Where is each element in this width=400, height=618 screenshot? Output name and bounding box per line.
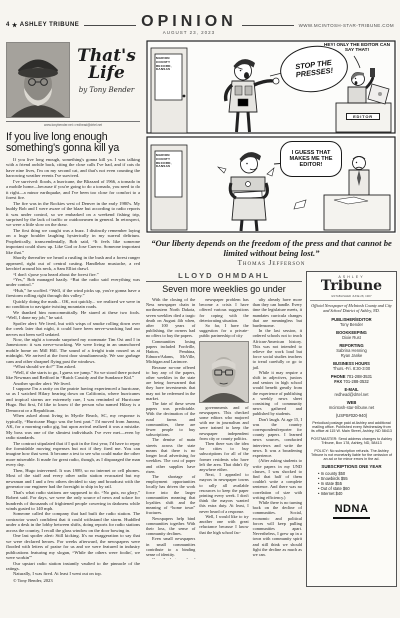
column-2-top: newspaper problem has become a crisis I … — [199, 297, 248, 339]
editor-desk-sign: EDITOR — [346, 113, 380, 120]
article-column-3: ulty already have more than they can han… — [253, 297, 302, 559]
ndna-logo: NDNA — [333, 499, 371, 519]
postmaster-note: POSTMASTER: Send address changes to Ashl… — [310, 437, 393, 446]
subscriptions-title: SUBSCRIPTIONS ONE YEAR — [310, 465, 393, 470]
paragraph: Someone called the company that had buil… — [6, 511, 140, 533]
editor-speech-panel1: HEY! ONLY THE EDITOR CAN SAY THAT! — [322, 42, 392, 52]
omdahl-headline: Seven more weeklies go under — [146, 284, 302, 294]
paragraph: Now, the night a tornado surprised my ro… — [6, 337, 140, 364]
paragraph: The fate of these seven papers was predi… — [146, 401, 195, 437]
website-url: WWW.MCINTOSH-STAR-TRIBUNE.COM — [299, 23, 394, 28]
paper-name: ASHLEY TRIBUNE — [20, 22, 80, 28]
paragraph: Then there was the idea for cities to bu… — [199, 441, 248, 472]
official-newspaper-note: Official Newspaper of McIntosh County an… — [310, 304, 393, 314]
paragraph: Shortly thereafter we heard a rustling i… — [6, 255, 140, 271]
paragraph: That's what radio stations are supposed … — [6, 490, 140, 512]
paragraph: Over the last couple of years as the wee… — [146, 557, 195, 559]
column-header: That's Life by Tony Bender — [6, 42, 140, 118]
paragraph: Quickly doing the math... OK, not quickl… — [6, 299, 140, 310]
article-column-2: newspaper problem has become a crisis I … — [199, 297, 248, 559]
column-2-bottom: governments and of newspapers. This chec… — [199, 405, 248, 535]
right-area: MARIONCOUNTYRECORD,KANSAS STOP THE PRESS… — [146, 40, 397, 587]
quote-attribution: Thomas Jefferson — [148, 259, 395, 267]
paragraph: “Yes,” Bob managed hazily. “But the radi… — [6, 277, 140, 288]
paragraph: KANSAS — [156, 68, 181, 72]
paragraph: With the closing of the Ness newspaper c… — [146, 297, 195, 339]
quote-text: “Our liberty depends on the freedom of t… — [148, 238, 395, 258]
header-rule-left — [84, 25, 136, 26]
omdahl-headshot-illustration — [200, 342, 247, 402]
article-column-1: With the closing of the Ness newspaper c… — [146, 297, 195, 559]
policy-note: POLICY: No subscription refunds. The Ash… — [310, 449, 393, 462]
paragraph: The demise of main streets across the st… — [146, 437, 195, 473]
ndna-logo-text: NDNA — [335, 503, 369, 515]
web-value: mcintosh-star-tribune.net — [310, 405, 393, 410]
fax-line: FAX 701-288-3532 — [310, 379, 393, 384]
column-title-line2: Life — [73, 65, 140, 82]
paragraph: Naturally, I was fired. At least I went … — [6, 571, 140, 576]
paragraph: The fire was in the Rockies west of Denv… — [6, 201, 140, 228]
headline-line2: something's gonna kill ya — [6, 142, 119, 154]
paragraph: Next, I appealed to mayors in newspaper … — [199, 472, 248, 514]
thats-life-column: That's Life by Tony Bender www.tonybende… — [6, 42, 140, 583]
columnist-name: LLOYD OHMDAHL — [146, 271, 302, 282]
paragraph: Spoiler alert: We lived, but with wisps … — [6, 321, 140, 337]
paragraph: “Huh,” he scoffed. “Well, if the wind pi… — [6, 288, 140, 299]
headshot-illustration — [7, 43, 69, 117]
paragraph: When asked about living in Myrtle Beach,… — [6, 413, 140, 440]
role-name-reporting-2: Ryan Janke — [310, 353, 393, 358]
paragraph: If you live long enough, something's gon… — [6, 157, 140, 179]
paragraph: While there is no turning back on the de… — [253, 500, 302, 557]
masthead-paper-name: Tribune — [310, 279, 393, 293]
paragraph: One last spoiler alert: Still kicking. I… — [6, 533, 140, 560]
newspaper-opinion-page: 4 ★ ASHLEY TRIBUNE OPINION AUGUST 23, 20… — [0, 0, 400, 618]
paragraph: The first thing we caught was a buzz. I … — [6, 228, 140, 255]
issue-date: AUGUST 23, 2023 — [141, 30, 237, 35]
fax-number: 701-288-3532 — [343, 379, 369, 384]
paragraph: ulty already have more than they can han… — [253, 297, 302, 328]
page-number: 4 — [6, 22, 10, 28]
paragraph: Because no-one offered to buy any of the… — [146, 365, 195, 401]
article-columns: With the closing of the Ness newspaper c… — [146, 297, 302, 559]
fax-label: FAX — [334, 379, 342, 384]
paragraph: Even small newspapers in small communiti… — [146, 536, 195, 557]
paragraph: I suppose I'm a rarity on the prairie ha… — [6, 386, 140, 413]
paragraph: (After asking students to write papers i… — [253, 458, 302, 500]
section-title: OPINION — [141, 15, 237, 29]
paragraph: Well, I would like to try another one wi… — [199, 514, 248, 535]
business-hours-value: Thurs.-Fri. 8:30-3:00 — [310, 366, 393, 371]
header-rule-right — [242, 25, 294, 26]
role-name-bookkeeping: Dixie Rust — [310, 335, 393, 340]
paragraph: The contract stipulated that if I quit i… — [6, 441, 140, 468]
paragraph: “Well, if she starts to go, I guess we j… — [6, 370, 140, 381]
paragraph: governments and of newspapers. This chec… — [199, 405, 248, 441]
paragraph: newspaper problem has become a crisis I … — [199, 297, 248, 323]
paragraph: Communities losing papers included Fordv… — [146, 339, 195, 365]
subscription-rates: • In county $50• Snowbirds $55• In state… — [310, 471, 393, 496]
paragraph: Then, Hugo intervened. It was 1989, so n… — [6, 468, 140, 490]
cop-speech-bubble-panel2: I GUESS THAT MAKES ME THE EDITOR! — [280, 141, 342, 177]
email-value: redhead@drtel.net — [310, 392, 393, 397]
pull-quote: “Our liberty depends on the freedom of t… — [148, 238, 395, 267]
paragraph: I've survived: floods, a hurricane, the … — [6, 179, 140, 201]
author-contact-line: www.tonybender.net • redhead@drtel.net — [6, 121, 140, 127]
paragraph: Don't laugh. At age 15, I was the countr… — [253, 417, 302, 459]
paragraph: Our upstart radio station instantly vaul… — [6, 561, 140, 572]
paragraph: In the last session, it ordered schools … — [253, 328, 302, 370]
page-header: 4 ★ ASHLEY TRIBUNE OPINION AUGUST 23, 20… — [6, 12, 394, 38]
door-sign-panel1: MARIONCOUNTYRECORD,KANSAS — [156, 57, 181, 72]
omdahl-photo — [199, 341, 248, 403]
tony-bender-photo — [6, 42, 70, 118]
copyright-line: © Tony Bender, 2023 — [6, 578, 140, 583]
folio-line: 4 ★ ASHLEY TRIBUNE — [6, 22, 79, 29]
column-title-block: That's Life by Tony Bender — [73, 42, 140, 118]
postage-note: Periodical postage paid at Ashley and ad… — [310, 421, 393, 434]
paragraph: We thanked him noncommittally. He stared… — [6, 310, 140, 321]
cartoon-drawing — [146, 40, 397, 234]
article-headline: If you live long enough something's gonn… — [6, 132, 140, 154]
omdahl-article: LLOYD OHMDAHL Seven more weeklies go und… — [146, 271, 302, 587]
paragraph: • Internet $40 — [310, 491, 393, 496]
door-sign-panel2: MARIONCOUNTYRECORD,KANSAS — [156, 154, 181, 169]
role-name-publisher: Tony Bender — [310, 322, 393, 327]
editorial-cartoon: MARIONCOUNTYRECORD,KANSAS STOP THE PRESS… — [146, 40, 397, 234]
article-body: If you live long enough, something's gon… — [6, 157, 140, 577]
paragraph: Newspapers help bind communities togethe… — [146, 516, 195, 537]
lower-section: LLOYD OHMDAHL Seven more weeklies go und… — [146, 271, 397, 587]
star-icon: ★ — [12, 22, 18, 29]
masthead-established: ESTABLISHED JUNE 28, 1907 — [310, 294, 393, 301]
paragraph: The shortage of employment opportunities… — [146, 474, 195, 516]
column-byline: by Tony Bender — [73, 86, 140, 94]
masthead-box: ASHLEY Tribune ESTABLISHED JUNE 28, 1907… — [306, 271, 397, 587]
usps-number: (USPS#020-940) — [310, 413, 393, 418]
paragraph: KANSAS — [156, 165, 181, 169]
paragraph: While it may require a shift in adjectiv… — [253, 370, 302, 417]
paragraph: So far, I have the suggestion for a priv… — [199, 323, 248, 339]
section-block: OPINION AUGUST 23, 2023 — [141, 15, 237, 35]
